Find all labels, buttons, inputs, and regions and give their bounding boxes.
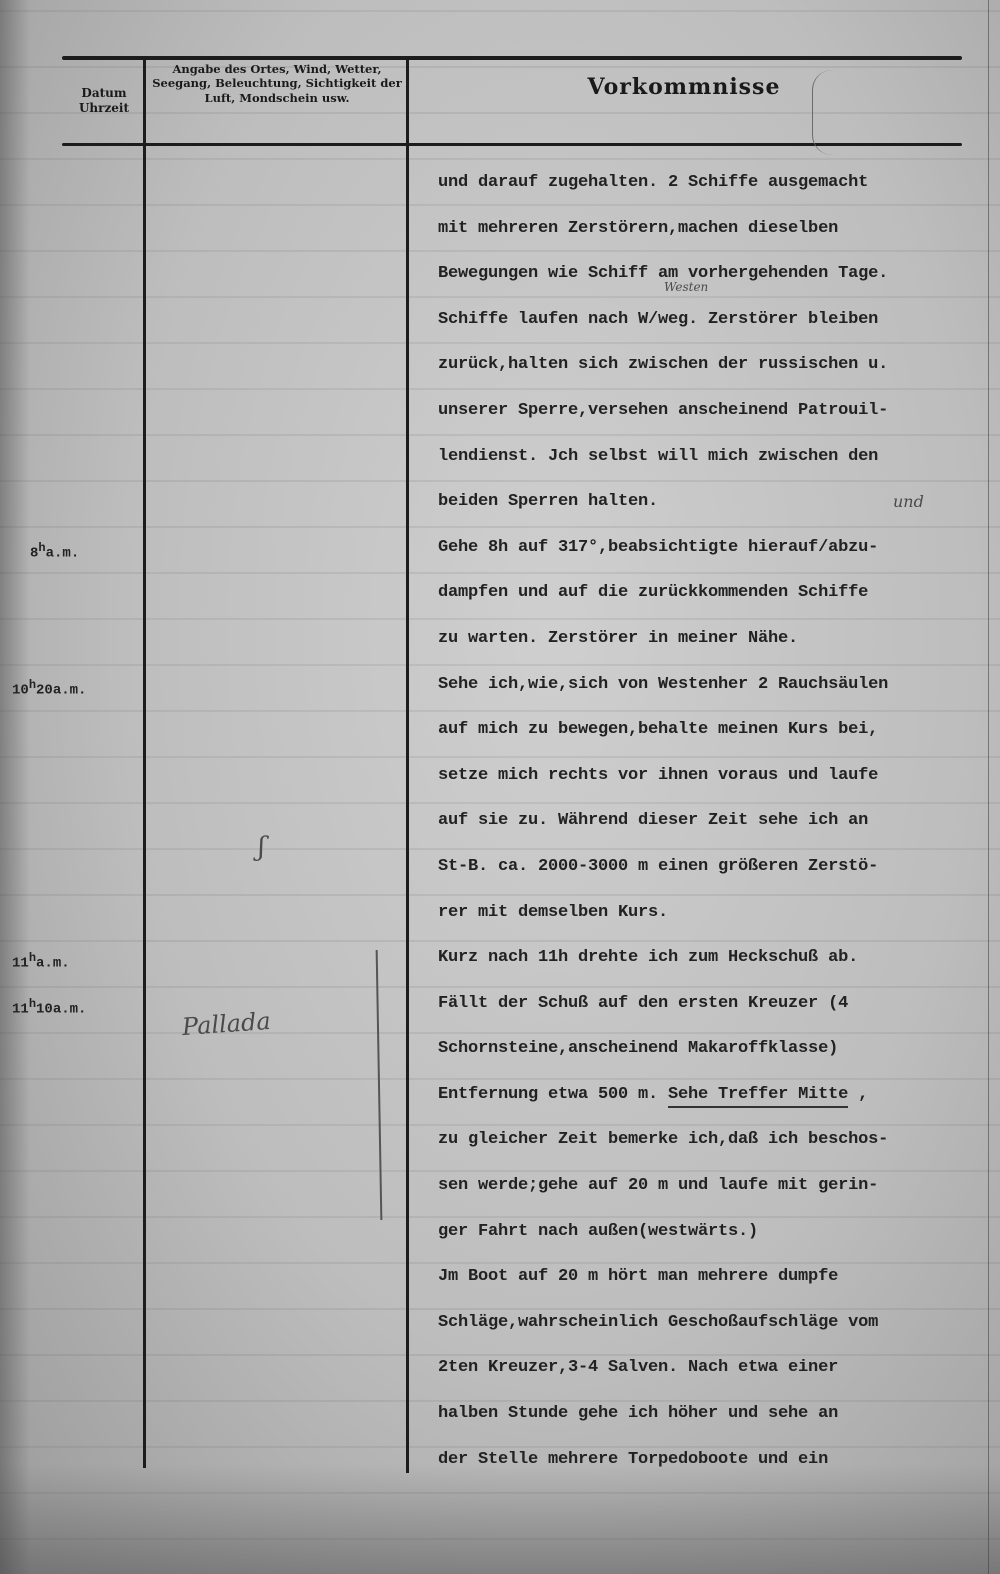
event-line: Jm Boot auf 20 m hört man mehrere dumpfe [438,1262,998,1308]
event-line: sen werde;gehe auf 20 m und laufe mit ge… [438,1171,998,1217]
event-line: Schläge,wahrscheinlich Geschoßaufschläge… [438,1308,998,1354]
event-line: Gehe 8h auf 317°,beabsichtigte hierauf/a… [438,533,998,579]
table-top-rule [62,56,962,60]
event-line: dampfen und auf die zurückkommenden Schi… [438,578,998,624]
column-header-conditions: Angabe des Ortes, Wind, Wetter, Seegang,… [148,62,406,105]
column-divider-1 [143,58,146,1468]
column-header-date-time: Datum Uhrzeit [64,86,144,116]
event-line: Schornsteine,anscheinend Makaroffklasse) [438,1034,998,1080]
event-line: 2ten Kreuzer,3-4 Salven. Nach etwa einer [438,1353,998,1399]
time-entry: 11h10a.m. [12,997,86,1018]
time-entry: 10h20a.m. [12,678,86,699]
handwritten-insertion-westen: Westen [664,280,708,294]
event-line: Sehe ich,wie,sich von Westenher 2 Rauchs… [438,670,998,716]
pencil-vertical-mark [376,950,383,1220]
underlined-phrase: Sehe Treffer Mitte [668,1085,848,1108]
document-page: Datum Uhrzeit Angabe des Ortes, Wind, We… [0,0,1000,1574]
column-divider-2 [406,58,409,1473]
events-text: und darauf zugehalten. 2 Schiffe ausgema… [438,168,998,1490]
event-line: lendienst. Jch selbst will mich zwischen… [438,442,998,488]
pencil-bracket-mark [812,70,833,155]
handwritten-insertion-und: und [893,492,924,511]
event-line: auf sie zu. Während dieser Zeit sehe ich… [438,806,998,852]
event-line: ger Fahrt nach außen(westwärts.) [438,1217,998,1263]
event-line: halben Stunde gehe ich höher und sehe an [438,1399,998,1445]
event-line: unserer Sperre,versehen anscheinend Patr… [438,396,998,442]
event-line: zu gleicher Zeit bemerke ich,daß ich bes… [438,1125,998,1171]
event-line: Entfernung etwa 500 m. Sehe Treffer Mitt… [438,1080,998,1126]
event-line: Schiffe laufen nach W/weg. Zerstörer ble… [438,305,998,351]
pencil-hook-mark: ʃ [258,832,265,862]
event-line: setze mich rechts vor ihnen voraus und l… [438,761,998,807]
event-line: der Stelle mehrere Torpedoboote und ein [438,1445,998,1491]
event-line: und darauf zugehalten. 2 Schiffe ausgema… [438,168,998,214]
event-line: zu warten. Zerstörer in meiner Nähe. [438,624,998,670]
event-line: Fällt der Schuß auf den ersten Kreuzer (… [438,989,998,1035]
event-line: auf mich zu bewegen,behalte meinen Kurs … [438,715,998,761]
event-line: Bewegungen wie Schiff am vorhergehenden … [438,259,998,305]
column-header-events: Vorkommnisse [410,74,958,102]
event-line: mit mehreren Zerstörern,machen dieselben [438,214,998,260]
event-line: rer mit demselben Kurs. [438,898,998,944]
event-line: St-B. ca. 2000-3000 m einen größeren Zer… [438,852,998,898]
time-entry: 11ha.m. [12,951,70,972]
scan-shadow-left [0,0,30,1574]
handwritten-margin-name: Pallada [181,1007,271,1041]
event-line: zurück,halten sich zwischen der russisch… [438,350,998,396]
event-line: Kurz nach 11h drehte ich zum Heckschuß a… [438,943,998,989]
time-entry: 8ha.m. [30,541,79,562]
